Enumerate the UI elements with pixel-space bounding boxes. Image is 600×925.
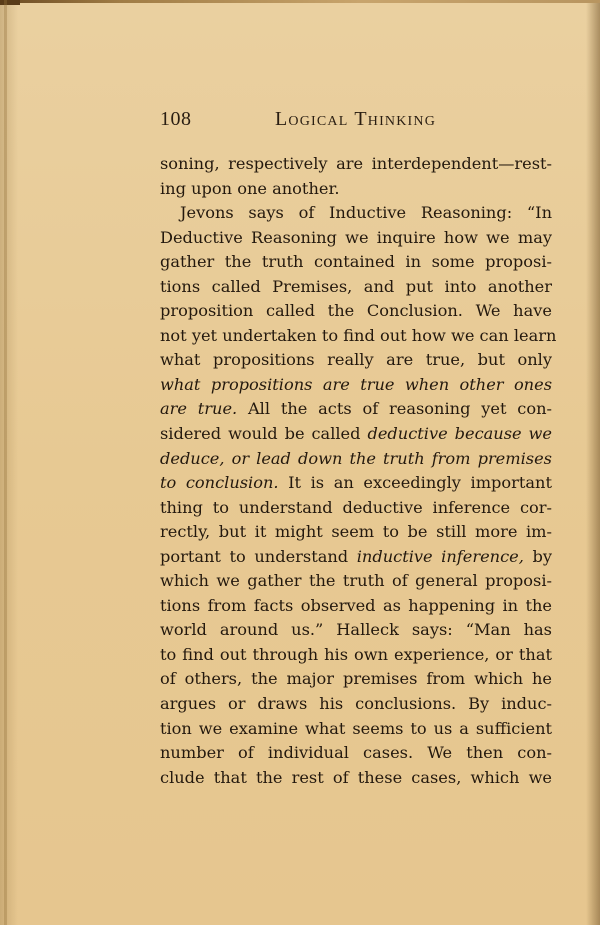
italic-phrase: are true. <box>160 399 237 418</box>
page-top-edge <box>0 0 600 3</box>
page-number: 108 <box>160 108 192 131</box>
text-line: portant to understand inductive inferenc… <box>160 545 552 570</box>
text-line: ing upon one another. <box>160 177 552 202</box>
italic-text-line: deduce, or lead down the truth from prem… <box>160 447 552 472</box>
text-line: are true. All the acts of reasoning yet … <box>160 397 552 422</box>
text-line: not yet undertaken to find out how we ca… <box>160 324 552 349</box>
text-line: gather the truth contained in some propo… <box>160 250 552 275</box>
body-text: soning, respectively are interdependent—… <box>160 152 552 790</box>
text-line: tions from facts observed as happening i… <box>160 594 552 619</box>
text-line: clude that the rest of these cases, whic… <box>160 766 552 791</box>
text-line: rectly, but it might seem to be still mo… <box>160 520 552 545</box>
book-page: 108 Logical Thinking soning, respectivel… <box>0 0 600 925</box>
text-line: of others, the major premises from which… <box>160 667 552 692</box>
text-line: to conclusion. It is an exceedingly impo… <box>160 471 552 496</box>
text-line: argues or draws his conclusions. By indu… <box>160 692 552 717</box>
text-line: number of individual cases. We then con- <box>160 741 552 766</box>
text-line: tions called Premises, and put into anot… <box>160 275 552 300</box>
italic-text-line: what propositions are true when other on… <box>160 373 552 398</box>
text-line: to find out through his own experience, … <box>160 643 552 668</box>
text-line: which we gather the truth of general pro… <box>160 569 552 594</box>
running-head: Logical Thinking <box>275 108 436 131</box>
italic-phrase: deductive because we <box>367 424 552 443</box>
text-line: what propositions really are true, but o… <box>160 348 552 373</box>
italic-phrase: inductive inference, <box>357 547 524 566</box>
italic-phrase: to conclusion. <box>160 473 279 492</box>
text-line: world around us.” Halleck says: “Man has <box>160 618 552 643</box>
text-line: sidered would be called deductive becaus… <box>160 422 552 447</box>
paragraph-start-line: Jevons says of Inductive Reasoning: “In <box>160 201 552 226</box>
text-line: thing to understand deductive inference … <box>160 496 552 521</box>
page-header: 108 Logical Thinking <box>160 108 552 138</box>
text-line: Deductive Reasoning we inquire how we ma… <box>160 226 552 251</box>
page-gutter-shadow <box>4 0 7 925</box>
text-line: soning, respectively are interdependent—… <box>160 152 552 177</box>
text-line: proposition called the Conclusion. We ha… <box>160 299 552 324</box>
text-line: tion we examine what seems to us a suffi… <box>160 717 552 742</box>
